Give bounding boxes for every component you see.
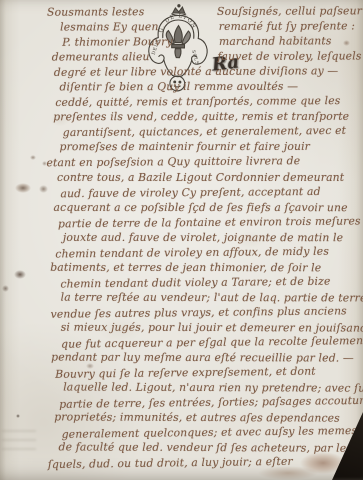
manuscript-line: ceddé, quitté, remis et tranſportés, com… xyxy=(45,93,351,110)
verso-show-through xyxy=(2,428,36,450)
manuscript-line: aud. fauve de viroley Cy preſent, accept… xyxy=(45,183,351,201)
manuscript-line: diſentir ſe bien a Quy il remme avoultés… xyxy=(43,79,349,95)
manuscript-line: batiments, et terres de jean thimonier, … xyxy=(44,260,350,276)
ink-stain xyxy=(16,414,20,418)
manuscript-line: degré et leur libre volonté a aucune div… xyxy=(44,63,350,80)
manuscript-line: jouxte aud. fauve de virolet, joignante … xyxy=(47,230,353,245)
ink-stain xyxy=(2,285,9,292)
manuscript-lines: Sousmants lestesSouſsignés, cellui paſse… xyxy=(45,3,353,471)
manuscript-line: lesmains Ey quenremarié fut ſy preſente … xyxy=(47,18,353,34)
manuscript-line: acquerant a ce poſsible ſçd de ſes fiefs… xyxy=(47,200,353,215)
ink-stain xyxy=(14,270,26,279)
manuscript-line: contre tous, a Bazile Ligout Cordonnier … xyxy=(44,169,350,184)
manuscript-line: Sousmants lestesSouſsignés, cellui paſse… xyxy=(45,3,351,19)
ink-stain xyxy=(15,183,31,193)
manuscript-line: ſquels, dud. ou tud droit, a luy jouir; … xyxy=(45,453,351,472)
manuscript-page: G. DE LYON DEUX SOLS Ra Sousmants lestes… xyxy=(0,0,363,480)
manuscript-line: chemin tendant de viroley en affoux, de … xyxy=(45,243,351,261)
manuscript-line: P. thimonier Bouvrymarchand habitants xyxy=(47,33,353,50)
manuscript-line: etant en poſseſsion a Quy quittoire livr… xyxy=(44,153,350,171)
ink-stain xyxy=(30,155,36,160)
manuscript-line: demeurants alieufauvet de viroley, leſqu… xyxy=(45,49,351,65)
manuscript-line: partie de terre de la fontaine et enviro… xyxy=(48,213,354,231)
